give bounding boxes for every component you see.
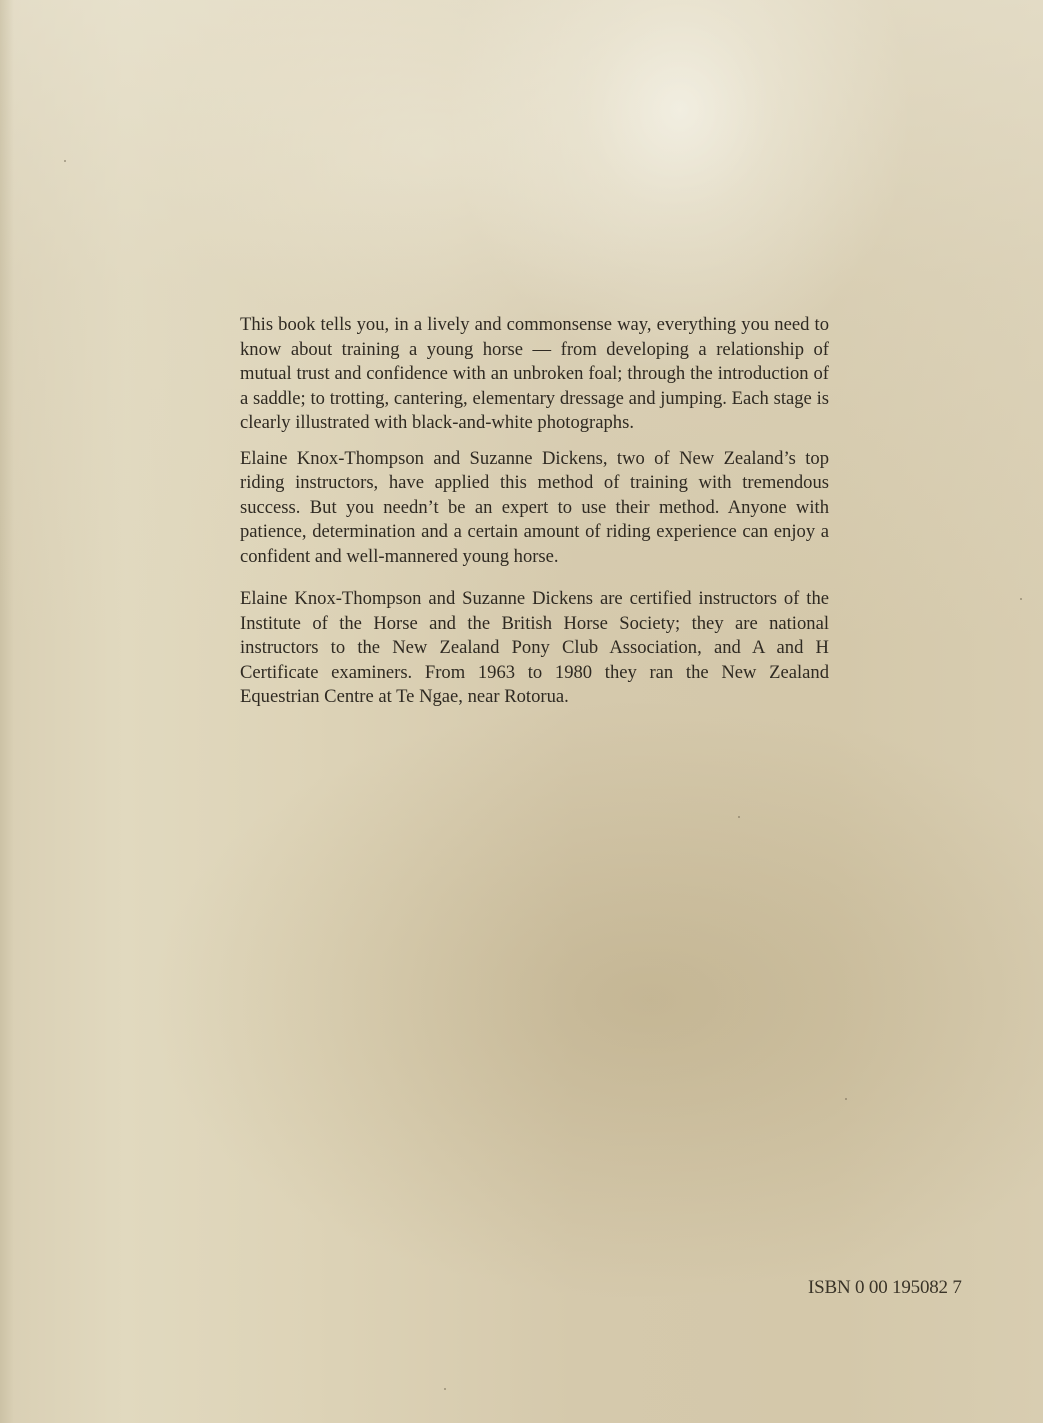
cover-blurb: This book tells you, in a lively and com… — [240, 313, 829, 710]
paper-speck — [845, 1098, 847, 1100]
isbn-number: ISBN 0 00 195082 7 — [808, 1277, 962, 1299]
blurb-paragraph-authors-method: Elaine Knox-Thompson and Suzanne Dickens… — [240, 447, 829, 570]
cover-edge-shadow — [0, 0, 14, 1423]
blurb-paragraph-description: This book tells you, in a lively and com… — [240, 313, 829, 436]
paper-speck — [444, 1388, 446, 1390]
paper-speck — [64, 160, 66, 162]
paper-speck — [1020, 598, 1022, 600]
paper-speck — [738, 816, 740, 818]
book-back-cover — [0, 0, 1043, 1423]
blurb-paragraph-authors-bio: Elaine Knox-Thompson and Suzanne Dickens… — [240, 587, 829, 710]
